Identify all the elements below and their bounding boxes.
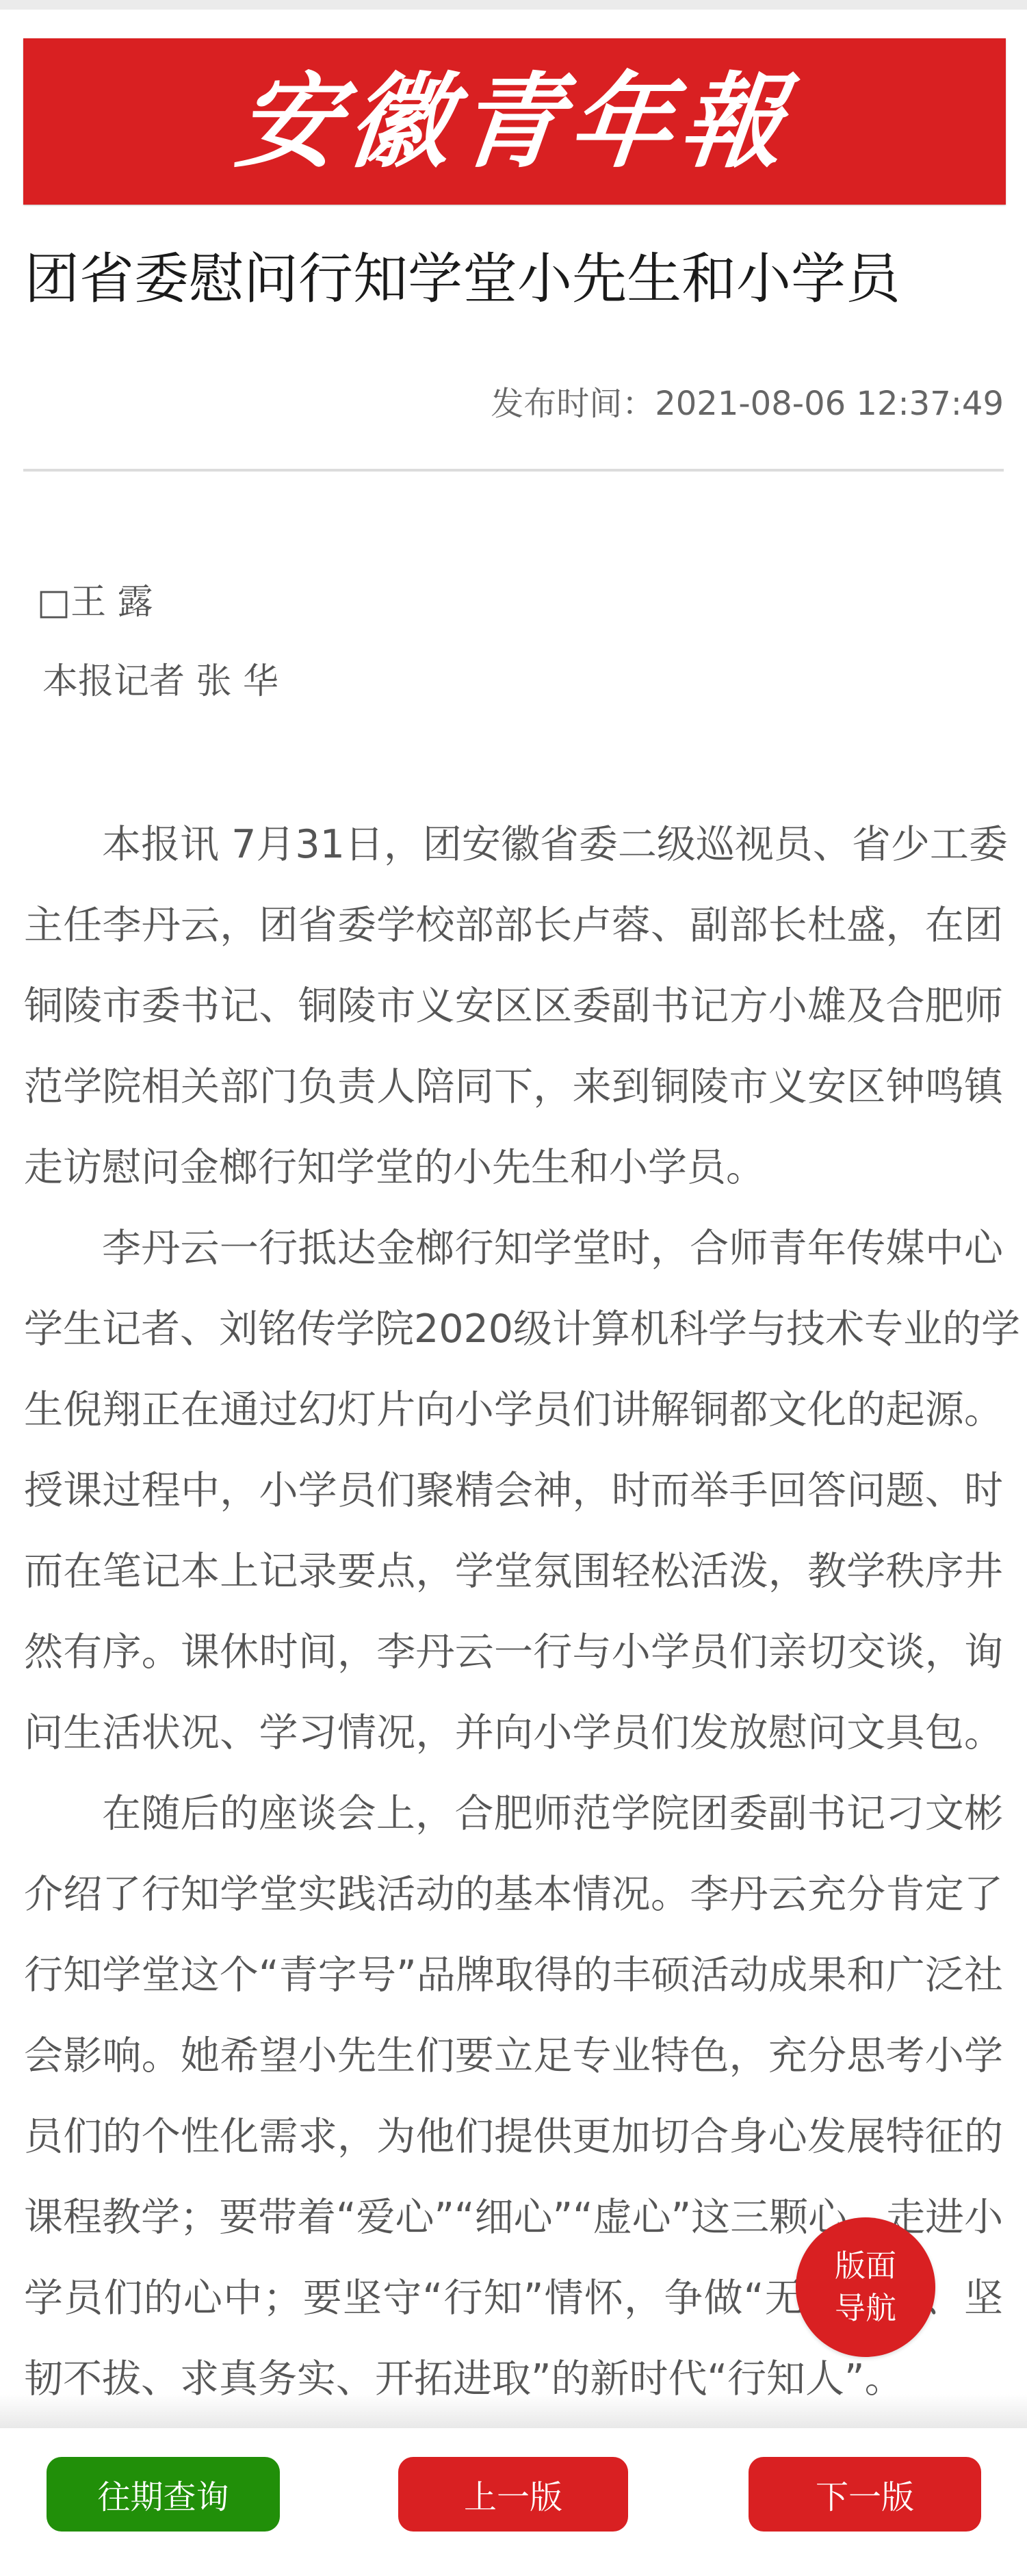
newspaper-masthead: 安徽青年報 bbox=[23, 38, 1006, 205]
article-line: 学生记者、刘铭传学院2020级计算机科学与技术专业的学 bbox=[24, 1289, 1003, 1369]
footer-toolbar: 往期查询 上一版 下一版 bbox=[0, 2428, 1027, 2576]
article-line: 主任李丹云，团省委学校部部长卢蓉、副部长杜盛，在团 bbox=[24, 885, 1003, 966]
publish-time-value: 2021-08-06 12:37:49 bbox=[655, 383, 1004, 424]
article-line: 李丹云一行抵达金榔行知学堂时，合师青年传媒中心 bbox=[24, 1208, 1003, 1289]
article-title: 团省委慰问行知学堂小先生和小学员 bbox=[25, 245, 1010, 313]
article-line: 授课过程中，小学员们聚精会神，时而举手回答问题、时 bbox=[24, 1450, 1003, 1531]
article-line: 员们的个性化需求，为他们提供更加切合身心发展特征的 bbox=[24, 2096, 1003, 2177]
article-body: 本报讯 7月31日，团安徽省委二级巡视员、省少工委 主任李丹云，团省委学校部部长… bbox=[24, 804, 1003, 2419]
top-status-strip bbox=[0, 0, 1027, 10]
footer-shadow bbox=[0, 2394, 1027, 2428]
article-line: 而在笔记本上记录要点，学堂氛围轻松活泼，教学秩序井 bbox=[24, 1531, 1003, 1612]
page-navigation-label-line1: 版面 bbox=[835, 2245, 896, 2287]
byline-reporter: 本报记者 张 华 bbox=[42, 661, 278, 702]
title-divider bbox=[23, 469, 1004, 472]
page-navigation-button[interactable]: 版面 导航 bbox=[796, 2217, 935, 2357]
next-page-button[interactable]: 下一版 bbox=[749, 2457, 981, 2532]
masthead-logo-text: 安徽青年報 bbox=[232, 70, 797, 173]
article-line: 问生活状况、学习情况，并向小学员们发放慰问文具包。 bbox=[24, 1692, 1003, 1773]
article-line: 在随后的座谈会上，合肥师范学院团委副书记刁文彬 bbox=[24, 1773, 1003, 1854]
publish-time-label: 发布时间： bbox=[491, 383, 655, 424]
article-line: 介绍了行知学堂实践活动的基本情况。李丹云充分肯定了 bbox=[24, 1854, 1003, 1935]
article-line: 走访慰问金榔行知学堂的小先生和小学员。 bbox=[24, 1127, 1003, 1208]
article-line: 铜陵市委书记、铜陵市义安区区委副书记方小雄及合肥师 bbox=[24, 966, 1003, 1046]
page-navigation-label-line2: 导航 bbox=[835, 2287, 896, 2330]
article-line: 行知学堂这个“青字号”品牌取得的丰硕活动成果和广泛社 bbox=[24, 1935, 1003, 2015]
article-line: 范学院相关部门负责人陪同下，来到铜陵市义安区钟鸣镇 bbox=[24, 1046, 1003, 1127]
byline-author: □王 露 bbox=[37, 582, 153, 623]
article-line: 生倪翔正在通过幻灯片向小学员们讲解铜都文化的起源。 bbox=[24, 1369, 1003, 1450]
article-line: 本报讯 7月31日，团安徽省委二级巡视员、省少工委 bbox=[24, 804, 1003, 885]
previous-page-button[interactable]: 上一版 bbox=[398, 2457, 628, 2532]
publish-time: 发布时间：2021-08-06 12:37:49 bbox=[491, 383, 1004, 424]
article-line: 然有序。课休时间，李丹云一行与小学员们亲切交谈，询 bbox=[24, 1612, 1003, 1692]
archive-query-button[interactable]: 往期查询 bbox=[47, 2457, 280, 2532]
article-line: 会影响。她希望小先生们要立足专业特色，充分思考小学 bbox=[24, 2015, 1003, 2096]
